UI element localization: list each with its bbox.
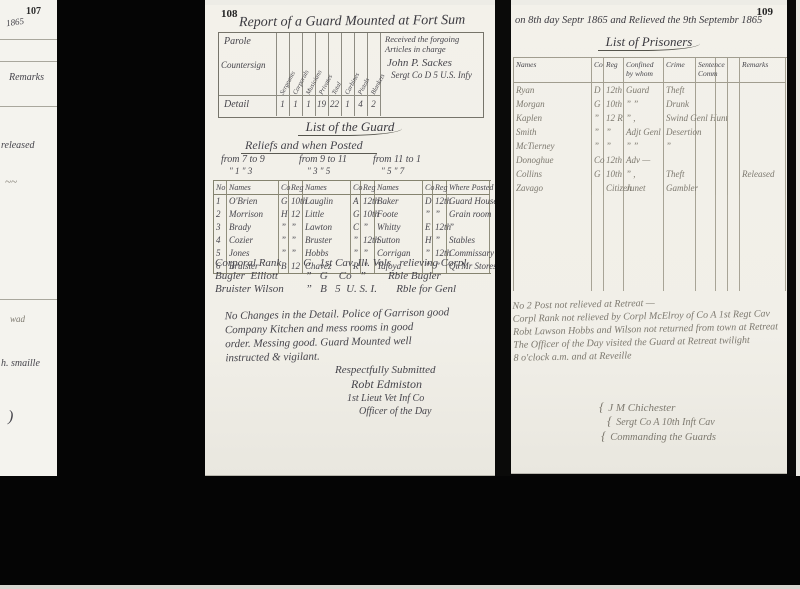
header-co-3: Co bbox=[423, 181, 433, 195]
receipt-signature: John P. Sackes bbox=[385, 55, 484, 72]
strip-rule bbox=[0, 106, 57, 107]
prisoner-blank bbox=[716, 125, 728, 139]
empty-column-tail bbox=[664, 195, 696, 291]
prisoner-crime bbox=[664, 153, 696, 167]
header-remarks: Remarks bbox=[740, 58, 786, 83]
prisoner-sentence bbox=[696, 167, 716, 181]
prisoners-table: Names Co Reg Confined by whom Crime Sent… bbox=[513, 57, 787, 291]
page-number-108: 108 bbox=[221, 8, 238, 20]
guard-heading-wrap: List of the Guard bbox=[205, 118, 495, 136]
prisoner-blank bbox=[716, 153, 728, 167]
prisoner-crime: Gambler bbox=[664, 181, 696, 195]
guard-name: Foote bbox=[375, 208, 423, 221]
receipt-line-2: Articles in charge bbox=[385, 45, 484, 55]
prisoner-remarks bbox=[740, 111, 786, 125]
header-where-posted: Where Posted bbox=[447, 181, 490, 195]
parole-detail-table: Parole Countersign Detail Sergeants Corp… bbox=[218, 32, 484, 118]
prisoner-sentence bbox=[696, 125, 716, 139]
prisoner-reg: 10th bbox=[604, 97, 624, 111]
guard-co: ” bbox=[279, 221, 289, 234]
guard-post: Guard House bbox=[447, 195, 490, 208]
guard-notes-paragraph: No 2 Post not relieved at Retreat — Corp… bbox=[512, 294, 785, 365]
bottom-black-band bbox=[0, 476, 800, 585]
articles-receipt-cell: Received the forgoing Articles in charge… bbox=[382, 33, 486, 118]
strip-rule bbox=[0, 299, 57, 300]
prisoner-blank bbox=[728, 167, 740, 181]
guard-co: H bbox=[423, 234, 433, 247]
header-co-2: Co bbox=[351, 181, 361, 195]
prisoner-reg: ” bbox=[604, 139, 624, 153]
guard-name: Sutton bbox=[375, 234, 423, 247]
prisoner-co: ” bbox=[592, 111, 604, 125]
signature-line: Respectfully Submitted bbox=[335, 363, 436, 377]
prisoner-crime: Desertion bbox=[664, 125, 696, 139]
prisoner-name: Morgan bbox=[514, 97, 592, 111]
prisoner-blank bbox=[728, 153, 740, 167]
prisoner-blank bbox=[716, 181, 728, 195]
guard-name: Lauglin bbox=[303, 195, 351, 208]
header-co-1: Co bbox=[279, 181, 289, 195]
relief-2-time: from 9 to 11 bbox=[299, 154, 347, 165]
prisoner-blank bbox=[728, 83, 740, 97]
prisoner-co bbox=[592, 181, 604, 195]
prisoner-confined: Junet bbox=[624, 181, 664, 195]
header-reg: Reg bbox=[604, 58, 624, 83]
parole-label: Parole bbox=[224, 36, 251, 47]
guard-co: ” bbox=[279, 234, 289, 247]
left-strip-page-107: 107 1865 Remarks released ~~ wad h. smai… bbox=[0, 0, 57, 476]
guard-co: G bbox=[351, 208, 361, 221]
guard-reg: ” bbox=[433, 234, 447, 247]
header-names-2: Names bbox=[303, 181, 351, 195]
guard-co: ” bbox=[351, 234, 361, 247]
strip-fragment-smaille: h. smaille bbox=[1, 358, 40, 369]
prisoner-remarks bbox=[740, 83, 786, 97]
prisoner-name: Donoghue bbox=[514, 153, 592, 167]
prisoner-name: Ryan bbox=[514, 83, 592, 97]
header-no: No bbox=[214, 181, 227, 195]
empty-column-tail bbox=[728, 195, 740, 291]
header-reg-3: Reg bbox=[433, 181, 447, 195]
prisoners-heading-wrap: List of Prisoners bbox=[511, 33, 787, 51]
guard-name: Bruster bbox=[303, 234, 351, 247]
signature-role: Commanding the Guards bbox=[610, 431, 716, 445]
prisoner-blank bbox=[728, 111, 740, 125]
guard-name: Little bbox=[303, 208, 351, 221]
supernumerary-line: Corporal Rank G 1st Cav. Ill. Vols relie… bbox=[215, 257, 466, 270]
guard-reg: 12 bbox=[289, 208, 303, 221]
prisoner-name: Zavago bbox=[514, 181, 592, 195]
guard-co: D bbox=[423, 195, 433, 208]
prisoner-name: Collins bbox=[514, 167, 592, 181]
count-musicians: 1 bbox=[302, 99, 315, 109]
prisoner-sentence bbox=[696, 83, 716, 97]
count-corporals: 1 bbox=[289, 99, 302, 109]
prisoner-confined: Adv — bbox=[624, 153, 664, 167]
strip-rule bbox=[0, 39, 57, 40]
guard-co: G bbox=[279, 195, 289, 208]
page-number-107: 107 bbox=[26, 6, 41, 17]
prisoner-remarks bbox=[740, 139, 786, 153]
signature-rank: 1st Lieut Vet Inf Co bbox=[335, 392, 436, 405]
prisoner-reg: 12th bbox=[604, 83, 624, 97]
guard-reg: ” bbox=[433, 208, 447, 221]
sergeant-signature-block: { J M Chichester { Sergt Co A 10th Inft … bbox=[599, 401, 716, 445]
signature-name: J M Chichester bbox=[608, 401, 675, 415]
prisoner-sentence bbox=[696, 181, 716, 195]
prisoner-blank bbox=[728, 181, 740, 195]
prisoner-crime: Drunk bbox=[664, 97, 696, 111]
header-reg-1: Reg bbox=[289, 181, 303, 195]
count-total: 22 bbox=[328, 99, 341, 109]
guard-co: H bbox=[279, 208, 289, 221]
guard-reg: ” bbox=[289, 234, 303, 247]
prisoner-sentence bbox=[696, 139, 716, 153]
empty-column-tail bbox=[604, 195, 624, 291]
guard-reg: 12th bbox=[361, 234, 375, 247]
prisoner-remarks-released: Released bbox=[740, 167, 786, 181]
prisoner-remarks bbox=[740, 181, 786, 195]
header-confined-line2: by whom bbox=[626, 69, 661, 78]
prisoner-reg: 10th bbox=[604, 167, 624, 181]
scanned-ledger-spread: 107 1865 Remarks released ~~ wad h. smai… bbox=[0, 0, 800, 589]
list-of-guard-heading: List of the Guard bbox=[298, 119, 403, 136]
prisoner-name: Kaplen bbox=[514, 111, 592, 125]
guard-reg: 12th bbox=[361, 195, 375, 208]
prisoner-blank bbox=[716, 111, 728, 125]
guard-name: Whitty bbox=[375, 221, 423, 234]
relief-3-time: from 11 to 1 bbox=[373, 154, 421, 165]
guard-co: A bbox=[351, 195, 361, 208]
officer-signature-block: Respectfully Submitted Robt Edmiston 1st… bbox=[335, 363, 436, 418]
prisoner-blank bbox=[728, 139, 740, 153]
list-of-prisoners-heading: List of Prisoners bbox=[598, 34, 701, 51]
header-sentence-line1: Sentence bbox=[698, 60, 713, 69]
prisoner-crime: ” bbox=[664, 139, 696, 153]
prisoner-co: ” bbox=[592, 125, 604, 139]
guard-co: ” bbox=[423, 208, 433, 221]
prisoner-reg: Citizen bbox=[604, 181, 624, 195]
prisoner-crime: Swind Genl Hunt bbox=[664, 111, 696, 125]
header-blank-2 bbox=[728, 58, 740, 83]
prisoner-remarks bbox=[740, 153, 786, 167]
prisoner-blank bbox=[716, 83, 728, 97]
parole-label-cell: Parole Countersign Detail bbox=[219, 33, 277, 116]
guard-row-no: 1 bbox=[214, 195, 227, 208]
relief-3-time2: " 5 " 7 bbox=[381, 166, 404, 176]
guard-co: C bbox=[351, 221, 361, 234]
signature-flourish: { bbox=[607, 415, 612, 427]
remarks-paragraph: No Changes in the Detail. Police of Garr… bbox=[225, 305, 484, 365]
detail-row-label: Detail bbox=[224, 99, 249, 110]
prisoner-co: G bbox=[592, 97, 604, 111]
empty-column-tail bbox=[624, 195, 664, 291]
strip-fragment-released: released bbox=[1, 140, 35, 151]
prisoner-remarks bbox=[740, 125, 786, 139]
prisoner-name: Smith bbox=[514, 125, 592, 139]
prisoner-confined: ” ” bbox=[624, 97, 664, 111]
prisoner-sentence bbox=[696, 153, 716, 167]
header-names-3: Names bbox=[375, 181, 423, 195]
empty-column-tail bbox=[514, 195, 592, 291]
prisoner-blank bbox=[716, 97, 728, 111]
page-number-109: 109 bbox=[757, 6, 774, 18]
signature-name: Robt Edmiston bbox=[335, 377, 436, 392]
header-sentence-line2: Comm bbox=[698, 69, 713, 78]
receipt-signature-rank: Sergt Co D 5 U.S. Infy bbox=[385, 71, 484, 81]
prisoner-confined: ” , bbox=[624, 111, 664, 125]
header-crime: Crime bbox=[664, 58, 696, 83]
guard-name: Baker bbox=[375, 195, 423, 208]
prisoner-sentence bbox=[696, 111, 716, 125]
report-title-left: Report of a Guard Mounted at Fort Sum bbox=[239, 13, 465, 31]
right-page-109: on 8th day Septr 1865 and Relieved the 9… bbox=[511, 5, 787, 474]
prisoner-blank bbox=[716, 167, 728, 181]
relief-1-time2: " 1 " 3 bbox=[229, 166, 252, 176]
prisoner-reg: ” bbox=[604, 125, 624, 139]
signature-flourish: { bbox=[601, 430, 606, 442]
header-reg-2: Reg bbox=[361, 181, 375, 195]
guard-post: Grain room bbox=[447, 208, 490, 221]
guard-reg: 10th bbox=[361, 208, 375, 221]
header-confined: Confined by whom bbox=[624, 58, 664, 83]
guard-name: Cozier bbox=[227, 234, 279, 247]
supernumerary-line: Bruister Wilson ” B 5 U. S. I. Rble for … bbox=[215, 283, 466, 296]
prisoner-co: ” bbox=[592, 139, 604, 153]
strip-fragment-remarks: Remarks bbox=[9, 72, 44, 83]
guard-name: Morrison bbox=[227, 208, 279, 221]
guard-reg: ” bbox=[361, 221, 375, 234]
prisoner-co: Co bbox=[592, 153, 604, 167]
report-title-right: on 8th day Septr 1865 and Relieved the 9… bbox=[515, 15, 783, 26]
count-sergeants: 1 bbox=[276, 99, 289, 109]
count-carbines: 1 bbox=[341, 99, 354, 109]
countersign-label: Countersign bbox=[221, 60, 266, 70]
header-sentence: Sentence Comm bbox=[696, 58, 716, 83]
guard-name: O'Brien bbox=[227, 195, 279, 208]
guard-reg: 10th bbox=[289, 195, 303, 208]
guard-reg: 12th bbox=[433, 195, 447, 208]
guard-post: Stables bbox=[447, 234, 490, 247]
guard-reg: 12th bbox=[433, 221, 447, 234]
guard-row-no: 4 bbox=[214, 234, 227, 247]
strip-fragment-paren: ) bbox=[8, 408, 13, 426]
prisoner-name: McTierney bbox=[514, 139, 592, 153]
guard-reg: ” bbox=[289, 221, 303, 234]
signature-flourish: { bbox=[599, 401, 604, 413]
prisoner-remarks bbox=[740, 97, 786, 111]
left-page-108: 108 Report of a Guard Mounted at Fort Su… bbox=[205, 5, 495, 476]
relief-2-time2: " 3 " 5 bbox=[307, 166, 330, 176]
prisoner-confined: Adjt Genl bbox=[624, 125, 664, 139]
signature-role: Officer of the Day bbox=[335, 405, 436, 418]
header-confined-line1: Confined bbox=[626, 60, 661, 69]
prisoner-blank bbox=[728, 97, 740, 111]
prisoner-sentence bbox=[696, 97, 716, 111]
prisoner-co: D bbox=[592, 83, 604, 97]
signature-rank: Sergt Co A 10th Inft Cav bbox=[616, 416, 714, 430]
prisoner-confined: Guard bbox=[624, 83, 664, 97]
count-privates: 19 bbox=[315, 99, 328, 109]
prisoner-co: G bbox=[592, 167, 604, 181]
guard-row-no: 3 bbox=[214, 221, 227, 234]
guard-co: E bbox=[423, 221, 433, 234]
guard-name: Lawton bbox=[303, 221, 351, 234]
prisoner-reg: 12 R bbox=[604, 111, 624, 125]
prisoner-crime: Theft bbox=[664, 83, 696, 97]
center-page-gutter bbox=[495, 0, 511, 478]
header-blank-1 bbox=[716, 58, 728, 83]
empty-column-tail bbox=[592, 195, 604, 291]
empty-column-tail bbox=[716, 195, 728, 291]
header-co: Co bbox=[592, 58, 604, 83]
prisoner-confined: ” ” bbox=[624, 139, 664, 153]
strip-fragment-wad: wad bbox=[10, 314, 25, 324]
empty-column-tail bbox=[696, 195, 716, 291]
relief-1-time: from 7 to 9 bbox=[221, 154, 265, 165]
supernumerary-line: Bugler Elliott ” G Co ” Rble Bugler bbox=[215, 270, 466, 283]
strip-rule bbox=[0, 61, 57, 62]
detail-row-rule bbox=[219, 95, 380, 96]
supernumerary-lines: Corporal Rank G 1st Cav. Ill. Vols relie… bbox=[215, 257, 466, 296]
count-pistols: 4 bbox=[354, 99, 367, 109]
bottom-light-sliver bbox=[0, 585, 800, 589]
guard-name: Brady bbox=[227, 221, 279, 234]
prisoner-crime: Theft bbox=[664, 167, 696, 181]
guard-post: ” bbox=[447, 221, 490, 234]
prisoner-blank bbox=[716, 139, 728, 153]
strip-fragment-scribble: ~~ bbox=[5, 176, 17, 188]
reliefs-caption: Reliefs and when Posted bbox=[241, 138, 377, 154]
prisoner-confined: ” , bbox=[624, 167, 664, 181]
strip-fragment-date: 1865 bbox=[5, 16, 24, 28]
guard-row-no: 2 bbox=[214, 208, 227, 221]
prisoner-blank bbox=[728, 125, 740, 139]
prisoner-reg: 12th bbox=[604, 153, 624, 167]
empty-column-tail bbox=[740, 195, 786, 291]
count-blankets: 2 bbox=[367, 99, 380, 109]
header-names-1: Names bbox=[227, 181, 279, 195]
header-names: Names bbox=[514, 58, 592, 83]
